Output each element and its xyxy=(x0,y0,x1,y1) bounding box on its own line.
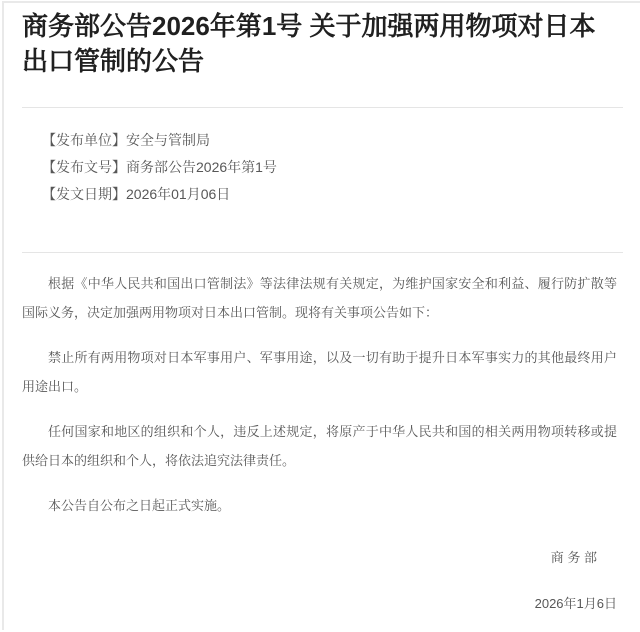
paragraph-legal-basis: 根据《中华人民共和国出口管制法》等法律法规有关规定，为维护国家安全和利益、履行防… xyxy=(22,269,617,327)
paragraph-export-prohibition: 禁止所有两用物项对日本军事用户、军事用途，以及一切有助于提升日本军事实力的其他最… xyxy=(22,343,617,401)
meta-issue-date-line: 【发文日期】2026年01月06日 xyxy=(42,181,617,208)
signature-date: 2026年1月6日 xyxy=(22,589,617,618)
paragraph-legal-liability: 任何国家和地区的组织和个人，违反上述规定，将原产于中华人民共和国的相关两用物项转… xyxy=(22,417,617,475)
meta-publisher-line: 【发布单位】安全与管制局 xyxy=(42,127,617,154)
meta-block: 【发布单位】安全与管制局 【发布文号】商务部公告2026年第1号 【发文日期】2… xyxy=(42,127,617,208)
signature-issuer: 商 务 部 xyxy=(22,543,617,572)
paragraph-effective-date: 本公告自公布之日起正式实施。 xyxy=(22,491,617,520)
announcement-body: 根据《中华人民共和国出口管制法》等法律法规有关规定，为维护国家安全和利益、履行防… xyxy=(4,253,640,520)
meta-doc-number-line: 【发布文号】商务部公告2026年第1号 xyxy=(42,154,617,181)
signoff-block: 商 务 部 2026年1月6日 xyxy=(4,543,640,618)
title-divider xyxy=(22,107,623,108)
page-title: 商务部公告2026年第1号 关于加强两用物项对日本出口管制的公告 xyxy=(22,9,617,79)
announcement-page: 商务部公告2026年第1号 关于加强两用物项对日本出口管制的公告 【发布单位】安… xyxy=(2,1,640,630)
